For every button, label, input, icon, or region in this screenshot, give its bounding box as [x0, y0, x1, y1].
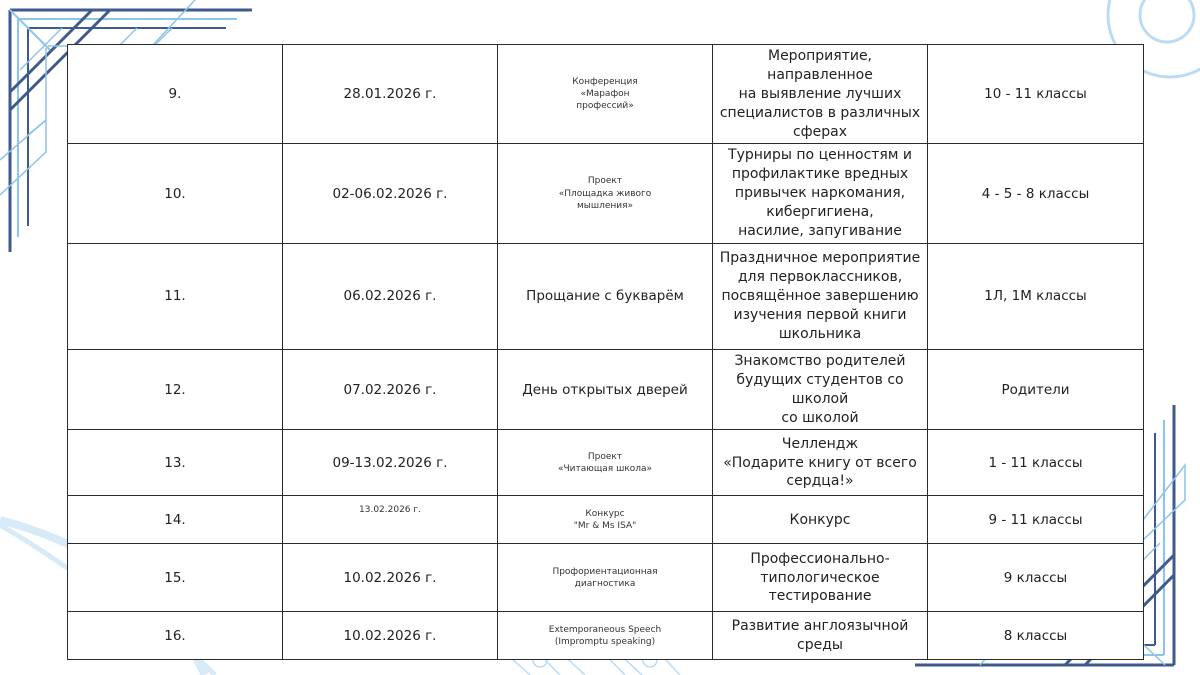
event-name-line: "Mr & Ms ISA"	[504, 520, 706, 532]
event-description-line: Праздничное мероприятие	[719, 249, 921, 268]
event-description-line: будущих студентов со школой	[719, 371, 921, 409]
event-description-line: изучения первой книги	[719, 306, 921, 325]
event-name-line: Extemporaneous Speech	[504, 624, 706, 636]
event-description-line: Челлендж	[719, 435, 921, 454]
event-description-line: сферах	[719, 123, 921, 142]
table-row: 15.10.02.2026 г.Профориентационнаядиагно…	[68, 544, 1144, 612]
event-description-line: Турниры по ценностям и	[719, 146, 921, 165]
row-number: 15.	[68, 544, 283, 612]
row-number: 13.	[68, 430, 283, 496]
event-description: Праздничное мероприятиедля первоклассник…	[713, 243, 928, 349]
table-row: 10.02-06.02.2026 г.Проект«Площадка живог…	[68, 144, 1144, 243]
event-name-line: Конкурс	[504, 508, 706, 520]
event-description-line: специалистов в различных	[719, 104, 921, 123]
target-audience: 4 - 5 - 8 классы	[928, 144, 1144, 243]
table-row: 14.13.02.2026 г.Конкурс"Mr & Ms ISA"Конк…	[68, 496, 1144, 544]
event-description-line: сердца!»	[719, 472, 921, 491]
target-audience: 1 - 11 классы	[928, 430, 1144, 496]
event-description-line: Профессионально-	[719, 550, 921, 569]
event-name-line: (Impromptu speaking)	[504, 636, 706, 648]
row-number: 9.	[68, 45, 283, 144]
event-description: Турниры по ценностям ипрофилактике вредн…	[713, 144, 928, 243]
event-name-line: диагностика	[504, 578, 706, 590]
event-description-line: Конкурс	[719, 511, 921, 530]
event-description-line: привычек наркомания,	[719, 184, 921, 203]
event-date: 02-06.02.2026 г.	[283, 144, 498, 243]
table-row: 16.10.02.2026 г.Extemporaneous Speech(Im…	[68, 612, 1144, 660]
event-name-line: Проект	[504, 451, 706, 463]
event-description-line: для первоклассников,	[719, 268, 921, 287]
row-number: 12.	[68, 349, 283, 430]
target-audience: 9 - 11 классы	[928, 496, 1144, 544]
event-date: 06.02.2026 г.	[283, 243, 498, 349]
event-name: Прощание с букварём	[498, 243, 713, 349]
event-description: Знакомство родителейбудущих студентов со…	[713, 349, 928, 430]
event-name-line: День открытых дверей	[504, 381, 706, 399]
event-description: Челлендж«Подарите книгу от всегосердца!»	[713, 430, 928, 496]
event-description-line: «Подарите книгу от всего	[719, 454, 921, 473]
table-row: 12.07.02.2026 г.День открытых дверейЗнак…	[68, 349, 1144, 430]
event-name: Проект«Площадка живогомышления»	[498, 144, 713, 243]
event-date: 07.02.2026 г.	[283, 349, 498, 430]
event-name: Конкурс"Mr & Ms ISA"	[498, 496, 713, 544]
event-description-line: тестирование	[719, 587, 921, 606]
event-name-line: «Читающая школа»	[504, 463, 706, 475]
row-number: 10.	[68, 144, 283, 243]
event-description-line: среды	[719, 636, 921, 655]
event-name-line: Проект	[504, 175, 706, 187]
event-description-line: посвящённое завершению	[719, 287, 921, 306]
event-name: День открытых дверей	[498, 349, 713, 430]
event-description-line: типологическое	[719, 569, 921, 588]
event-description-line: Знакомство родителей	[719, 352, 921, 371]
event-name: Extemporaneous Speech(Impromptu speaking…	[498, 612, 713, 660]
event-name: Профориентационнаядиагностика	[498, 544, 713, 612]
event-date: 09-13.02.2026 г.	[283, 430, 498, 496]
target-audience: 10 - 11 классы	[928, 45, 1144, 144]
table-row: 11.06.02.2026 г.Прощание с букварёмПразд…	[68, 243, 1144, 349]
event-name-line: Прощание с букварём	[504, 287, 706, 305]
event-date: 13.02.2026 г.	[283, 496, 498, 544]
event-name-line: Конференция	[504, 76, 706, 88]
event-description-line: насилие, запугивание	[719, 222, 921, 241]
event-description: Конкурс	[713, 496, 928, 544]
event-description: Мероприятие, направленноена выявление лу…	[713, 45, 928, 144]
event-description-line: на выявление лучших	[719, 85, 921, 104]
event-description: Развитие англоязычнойсреды	[713, 612, 928, 660]
event-description-line: Развитие англоязычной	[719, 617, 921, 636]
event-date: 28.01.2026 г.	[283, 45, 498, 144]
event-name-line: мышления»	[504, 200, 706, 212]
target-audience: 1Л, 1М классы	[928, 243, 1144, 349]
event-date: 10.02.2026 г.	[283, 544, 498, 612]
event-name-line: «Площадка живого	[504, 188, 706, 200]
event-description-line: профилактике вредных	[719, 165, 921, 184]
table-row: 13.09-13.02.2026 г.Проект«Читающая школа…	[68, 430, 1144, 496]
event-name: Конференция«Марафонпрофессий»	[498, 45, 713, 144]
table-row: 9.28.01.2026 г.Конференция«Марафонпрофес…	[68, 45, 1144, 144]
event-description-line: Мероприятие, направленное	[719, 47, 921, 85]
event-date: 10.02.2026 г.	[283, 612, 498, 660]
event-description-line: кибергигиена,	[719, 203, 921, 222]
event-description: Профессионально-типологическоетестирован…	[713, 544, 928, 612]
row-number: 14.	[68, 496, 283, 544]
event-description-line: со школой	[719, 409, 921, 428]
target-audience: 8 классы	[928, 612, 1144, 660]
event-name: Проект«Читающая школа»	[498, 430, 713, 496]
target-audience: 9 классы	[928, 544, 1144, 612]
event-name-line: профессий»	[504, 100, 706, 112]
event-name-line: «Марафон	[504, 88, 706, 100]
row-number: 16.	[68, 612, 283, 660]
target-audience: Родители	[928, 349, 1144, 430]
events-table: 9.28.01.2026 г.Конференция«Марафонпрофес…	[67, 44, 1144, 660]
event-name-line: Профориентационная	[504, 566, 706, 578]
row-number: 11.	[68, 243, 283, 349]
event-description-line: школьника	[719, 325, 921, 344]
